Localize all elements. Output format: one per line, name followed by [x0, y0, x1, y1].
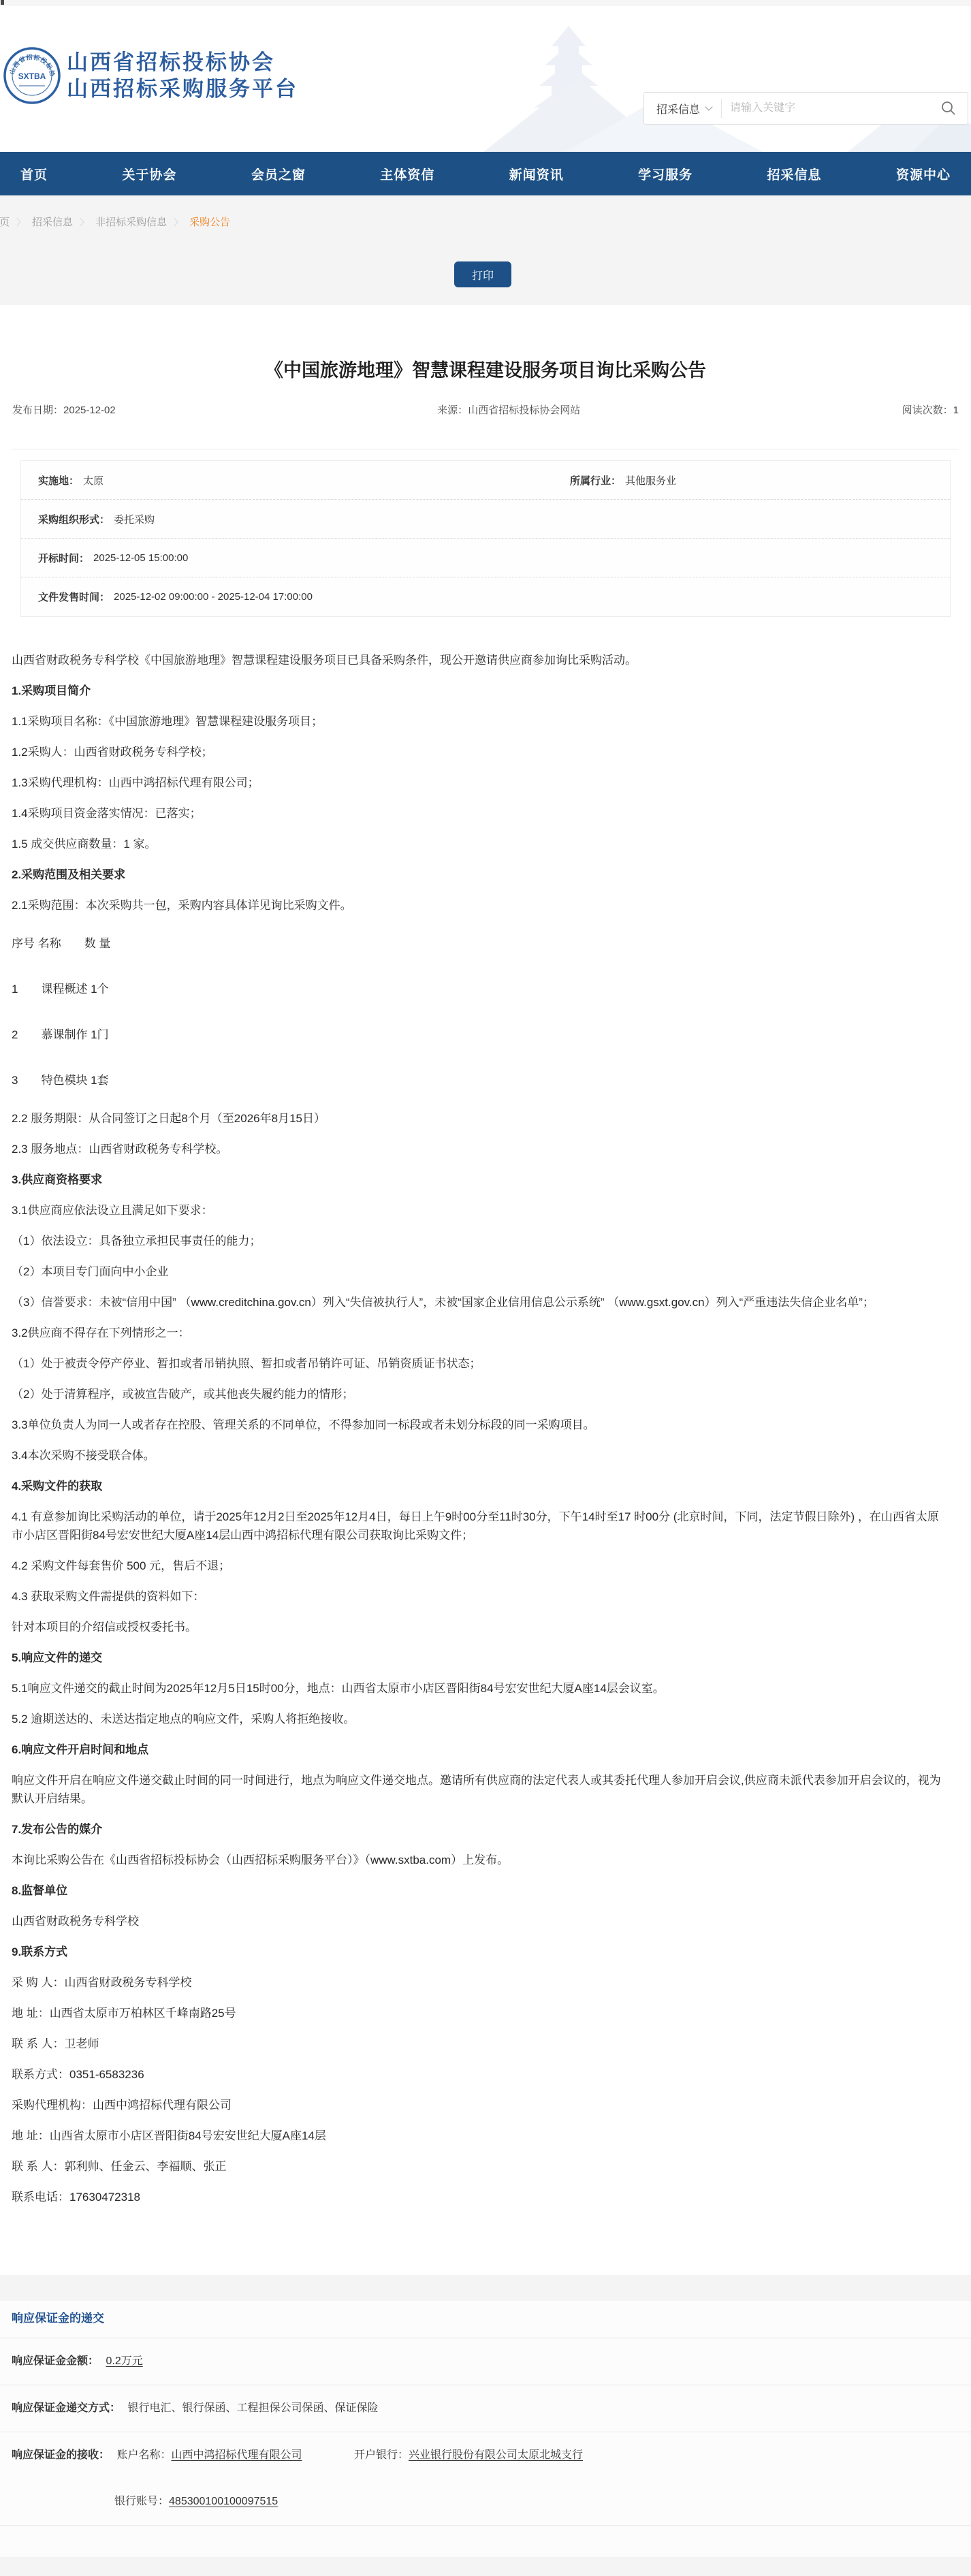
article-paragraph: 3.供应商资格要求 [12, 1171, 944, 1189]
article-paragraph: 5.1响应文件递交的截止时间为2025年12月5日15时00分，地点：山西省太原… [12, 1679, 944, 1698]
info-value: 其他服务业 [625, 473, 676, 488]
article-paragraph: 2.2 服务期限：从合同签订之日起8个月（至2026年8月15日） [12, 1109, 944, 1128]
deposit-account-number: 银行账号：485300100100097515 [114, 2494, 959, 2510]
deposit-method-label: 响应保证金递交方式： [12, 2402, 121, 2414]
article-paragraph: 本询比采购公告在《山西省招标投标协会（山西招标采购服务平台）》（www.sxtb… [12, 1851, 944, 1869]
info-label: 开标时间： [38, 551, 89, 565]
article-paragraph: 1.2采购人：山西省财政税务专科学校； [12, 743, 944, 761]
article-paragraph: 5.响应文件的递交 [12, 1649, 944, 1667]
main-nav: 首页 关于协会 会员之窗 主体资信 新闻资讯 学习服务 招采信息 资源中心 [0, 152, 971, 195]
article-paragraph: 2.采购范围及相关要求 [12, 865, 944, 884]
search-input[interactable] [722, 102, 929, 114]
info-label: 所属行业： [570, 473, 621, 488]
breadcrumb-item-feizhaobiao[interactable]: 非招标采购信息 [95, 216, 167, 229]
site-titles: 山西省招标投标协会 山西招标采购服务平台 [67, 49, 298, 102]
nav-item[interactable]: 新闻资讯 [509, 165, 564, 183]
article-title: 《中国旅游地理》智慧课程建设服务项目询比采购公告 [0, 305, 971, 383]
article-paragraph: 地 址：山西省太原市万柏林区千峰南路25号 [12, 2004, 944, 2022]
breadcrumb-item-current: 采购公告 [189, 216, 230, 229]
article-paragraph: 采购代理机构：山西中鸿招标代理有限公司 [12, 2096, 944, 2114]
nav-item[interactable]: 学习服务 [638, 165, 693, 183]
article-paragraph: 5.2 逾期送达的、未送达指定地点的响应文件，采购人将拒绝接收。 [12, 1710, 944, 1728]
article-paragraph: 3.1供应商应依法设立且满足如下要求： [12, 1201, 944, 1220]
source-value: 山西省招标投标协会网站 [468, 404, 580, 416]
article-paragraph: 1.采购项目简介 [12, 682, 944, 700]
article-paragraph: 1.5 成交供应商数量：1 家。 [12, 835, 944, 853]
article-paragraph: 4.3 获取采购文件需提供的资料如下： [12, 1587, 944, 1606]
article-paragraph: 1 课程概述 1个 [12, 972, 944, 1006]
search-button[interactable] [929, 93, 968, 124]
association-seal-logo: 山西省招标投标协会 SXTBA [3, 46, 61, 105]
view-count-label: 阅读次数： [902, 404, 953, 416]
article-body: 山西省财政税务专科学校《中国旅游地理》智慧课程建设服务项目已具备采购条件，现公开… [0, 617, 971, 2206]
breadcrumb-separator: 〉 [174, 216, 182, 229]
breadcrumb: 首页 〉 招采信息 〉 非招标采购信息 〉 采购公告 [0, 195, 971, 238]
deposit-number-value: 485300100100097515 [169, 2496, 278, 2507]
view-count-value: 1 [953, 404, 959, 416]
divider [12, 449, 959, 449]
deposit-receive-line1: 响应保证金的接收： 账户名称：山西中鸿招标代理有限公司 开户银行：兴业银行股份有… [12, 2447, 959, 2464]
article-source: 来源：山西省招标投标协会网站 [116, 403, 902, 417]
publish-date: 发布日期：2025-12-02 [12, 403, 116, 417]
breadcrumb-separator: 〉 [80, 216, 89, 229]
article-paragraph: （1）处于被责令停产停业、暂扣或者吊销执照、暂扣或者吊销许可证、吊销资质证书状态… [12, 1354, 944, 1373]
deposit-account-value: 山西中鸿招标代理有限公司 [171, 2449, 302, 2461]
article-paragraph: 针对本项目的介绍信或授权委托书。 [12, 1618, 944, 1636]
info-row: 开标时间： 2025-12-05 15:00:00 [21, 539, 950, 577]
deposit-account-label: 账户名称： [116, 2449, 171, 2461]
info-value: 2025-12-05 15:00:00 [93, 552, 188, 564]
deposit-heading: 响应保证金的递交 [0, 2310, 971, 2338]
info-label: 采购组织形式： [38, 512, 110, 526]
article-paragraph: 6.响应文件开启时间和地点 [12, 1740, 944, 1759]
toolbar: 打印 [0, 238, 971, 305]
nav-item[interactable]: 资源中心 [896, 165, 951, 183]
svg-text:SXTBA: SXTBA [18, 71, 46, 81]
article-paragraph: 山西省财政税务专科学校 [12, 1912, 944, 1930]
publish-date-label: 发布日期： [12, 404, 63, 416]
deposit-amount-value: 0.2万元 [106, 2355, 142, 2367]
info-row: 采购组织形式： 委托采购 [21, 500, 950, 539]
deposit-bank-label: 开户银行： [354, 2449, 409, 2461]
article-paragraph: 联系电话：17630472318 [12, 2188, 944, 2206]
info-label: 文件发售时间： [38, 590, 110, 604]
article-paragraph: 3.3单位负责人为同一人或者存在控股、管理关系的不同单位，不得参加同一标段或者未… [12, 1416, 944, 1434]
nav-item[interactable]: 关于协会 [122, 165, 176, 183]
site-search: 招采信息 [643, 92, 968, 125]
deposit-bank: 开户银行：兴业银行股份有限公司太原北城支行 [354, 2449, 583, 2461]
site-name: 山西省招标投标协会 [67, 49, 298, 76]
article-paragraph: 1.1采购项目名称：《中国旅游地理》智慧课程建设服务项目； [12, 712, 944, 731]
article-paragraph: 2.1采购范围：本次采购共一包，采购内容具体详见询比采购文件。 [12, 896, 944, 915]
article-paragraph: 1.3采购代理机构：山西中鸿招标代理有限公司； [12, 774, 944, 792]
article-paragraph: 采 购 人：山西省财政税务专科学校 [12, 1973, 944, 1992]
article-paragraph: 2.3 服务地点：山西省财政税务专科学校。 [12, 1140, 944, 1158]
article-paragraph: 8.监督单位 [12, 1881, 944, 1900]
article-paragraph: （3）信誉要求：未被“信用中国” （www.creditchina.gov.cn… [12, 1293, 944, 1311]
article-paragraph: 地 址：山西省太原市小店区晋阳街84号宏安世纪大厦A座14层 [12, 2127, 944, 2145]
deposit-amount-row: 响应保证金金额： 0.2万元 [0, 2338, 971, 2385]
top-strip [0, 0, 971, 5]
breadcrumb-item-zhaocai[interactable]: 招采信息 [32, 216, 73, 229]
breadcrumb-separator: 〉 [16, 216, 25, 229]
article-paragraph: 4.1 有意参加询比采购活动的单位，请于2025年12月2日至2025年12月4… [12, 1508, 944, 1544]
article-meta: 发布日期：2025-12-02 来源：山西省招标投标协会网站 阅读次数：1 [0, 403, 971, 417]
article-paragraph: 联系方式：0351-6583236 [12, 2065, 944, 2084]
article-paragraph: 4.2 采购文件每套售价 500 元，售后不退； [12, 1557, 944, 1575]
article-paragraph: （2）处于清算程序，或被宣告破产，或其他丧失履约能力的情形； [12, 1385, 944, 1403]
article-paragraph: 联 系 人：郭利帅、任金云、李福顺、张正 [12, 2157, 944, 2176]
info-value: 委托采购 [114, 512, 155, 526]
window-corner-artifact [1, 0, 4, 5]
article-paragraph: 9.联系方式 [12, 1943, 944, 1961]
info-table: 实施地： 太原 所属行业： 其他服务业 采购组织形式： 委托采购 开标时间： 2… [20, 460, 951, 617]
search-category-dropdown[interactable]: 招采信息 [644, 101, 721, 116]
article-paragraph: 4.采购文件的获取 [12, 1477, 944, 1495]
info-cell: 所属行业： 其他服务业 [570, 473, 676, 488]
nav-item[interactable]: 会员之窗 [251, 165, 306, 183]
breadcrumb-item-home[interactable]: 首页 [0, 216, 10, 229]
article-paragraph: 山西省财政税务专科学校《中国旅游地理》智慧课程建设服务项目已具备采购条件，现公开… [12, 651, 944, 669]
article-paragraph: 7.发布公告的媒介 [12, 1820, 944, 1839]
source-label: 来源： [437, 404, 468, 416]
deposit-method-row: 响应保证金递交方式： 银行电汇、银行保函、工程担保公司保函、保证保险 [0, 2385, 971, 2432]
nav-item[interactable]: 首页 [20, 165, 48, 183]
info-row: 文件发售时间： 2025-12-02 09:00:00 - 2025-12-04… [21, 577, 950, 616]
info-value: 2025-12-02 09:00:00 - 2025-12-04 17:00:0… [114, 591, 313, 603]
platform-name: 山西招标采购服务平台 [67, 76, 298, 102]
info-label: 实施地： [38, 473, 79, 488]
article-paragraph: 响应文件开启在响应文件递交截止时间的同一时间进行，地点为响应文件递交地点。邀请所… [12, 1771, 944, 1808]
article-paragraph: 序号 名称 数 量 [12, 927, 944, 960]
deposit-number-label: 银行账号： [114, 2496, 169, 2507]
deposit-receive-label: 响应保证金的接收： [12, 2449, 110, 2461]
site-header: 山西省招标投标协会 SXTBA 山西省招标投标协会 山西招标采购服务平台 招采信… [0, 5, 971, 152]
article-paragraph: 3.2供应商不得存在下列情形之一： [12, 1324, 944, 1342]
article-paragraph: （2）本项目专门面向中小企业 [12, 1262, 944, 1281]
pagoda-mountain-watermark [477, 5, 971, 152]
article-paragraph: （1）依法设立：具备独立承担民事责任的能力； [12, 1232, 944, 1250]
deposit-method-value: 银行电汇、银行保函、工程担保公司保函、保证保险 [127, 2402, 378, 2414]
info-row: 实施地： 太原 所属行业： 其他服务业 [21, 461, 950, 500]
search-category-label: 招采信息 [656, 101, 700, 116]
publish-date-value: 2025-12-02 [63, 404, 116, 416]
nav-item[interactable]: 主体资信 [380, 165, 434, 183]
search-icon [940, 100, 957, 116]
chevron-down-icon [705, 103, 712, 110]
deposit-bank-value: 兴业银行股份有限公司太原北城支行 [409, 2449, 583, 2461]
deposit-account: 账户名称：山西中鸿招标代理有限公司 [116, 2449, 304, 2461]
print-button[interactable]: 打印 [454, 261, 511, 287]
info-value: 太原 [83, 473, 104, 488]
announcement-card: 《中国旅游地理》智慧课程建设服务项目询比采购公告 发布日期：2025-12-02… [0, 305, 971, 2275]
article-paragraph: 3.4本次采购不接受联合体。 [12, 1446, 944, 1465]
deposit-amount-label: 响应保证金金额： [12, 2355, 99, 2367]
article-paragraph: 2 慕课制作 1门 [12, 1018, 944, 1051]
view-count: 阅读次数：1 [902, 403, 959, 417]
article-paragraph: 联 系 人：卫老师 [12, 2035, 944, 2053]
article-paragraph: 1.4采购项目资金落实情况：已落实； [12, 804, 944, 823]
deposit-section: 响应保证金的递交 响应保证金金额： 0.2万元 响应保证金递交方式： 银行电汇、… [0, 2301, 971, 2557]
article-paragraph: 3 特色模块 1套 [12, 1064, 944, 1097]
deposit-receive-row: 响应保证金的接收： 账户名称：山西中鸿招标代理有限公司 开户银行：兴业银行股份有… [0, 2432, 971, 2526]
nav-item[interactable]: 招采信息 [767, 165, 822, 183]
